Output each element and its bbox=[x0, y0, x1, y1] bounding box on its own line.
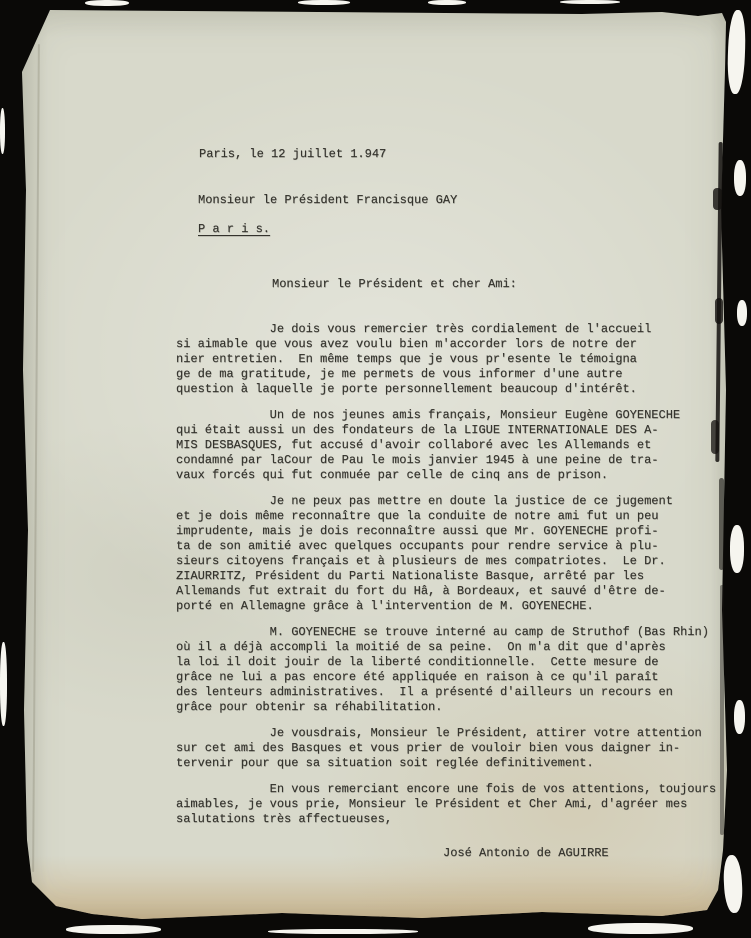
recipient-city: P a r i s. bbox=[198, 222, 736, 237]
letter-date: Paris, le 12 juillet 1.947 bbox=[199, 147, 736, 162]
letter-content: Paris, le 12 juillet 1.947 Monsieur le P… bbox=[176, 147, 736, 861]
scan-fleck bbox=[560, 0, 620, 4]
paper-tear-mark bbox=[720, 585, 724, 835]
paragraph-1: Je dois vous remercier très cordialement… bbox=[176, 322, 736, 397]
letter-page: Paris, le 12 juillet 1.947 Monsieur le P… bbox=[22, 10, 728, 920]
paragraph-2: Un de nos jeunes amis français, Monsieur… bbox=[176, 408, 736, 483]
scan-fleck bbox=[0, 642, 7, 726]
paragraph-3: Je ne peux pas mettre en doute la justic… bbox=[176, 494, 736, 614]
paper-tear-mark bbox=[713, 188, 722, 210]
scan-fleck bbox=[428, 0, 466, 5]
scan-fleck bbox=[737, 300, 747, 326]
scanned-letter-photo: Paris, le 12 juillet 1.947 Monsieur le P… bbox=[0, 0, 751, 938]
scan-fleck bbox=[268, 929, 418, 934]
scan-fleck bbox=[0, 108, 5, 154]
scan-fleck bbox=[66, 925, 161, 934]
scan-fleck bbox=[298, 0, 350, 5]
paragraph-6: En vous remerciant encore une fois de vo… bbox=[176, 782, 736, 827]
scan-fleck bbox=[588, 923, 693, 934]
paragraph-4: M. GOYENECHE se trouve interné au camp d… bbox=[176, 625, 736, 715]
salutation-line: Monsieur le Président et cher Ami: bbox=[272, 277, 736, 292]
scan-fleck bbox=[722, 855, 743, 914]
paragraph-5: Je vousdrais, Monsieur le Président, att… bbox=[176, 726, 736, 771]
signature-name: José Antonio de AGUIRRE bbox=[443, 846, 736, 861]
scan-fleck bbox=[734, 700, 745, 734]
paper-tear-mark bbox=[715, 298, 723, 324]
scan-fleck bbox=[730, 525, 744, 573]
scan-fleck bbox=[727, 10, 747, 95]
scan-fleck bbox=[85, 0, 129, 6]
scan-fleck bbox=[734, 160, 746, 196]
paper-tear-mark bbox=[711, 420, 719, 454]
recipient-name: Monsieur le Président Francisque GAY bbox=[198, 193, 736, 208]
paper-tear-mark bbox=[719, 478, 724, 570]
